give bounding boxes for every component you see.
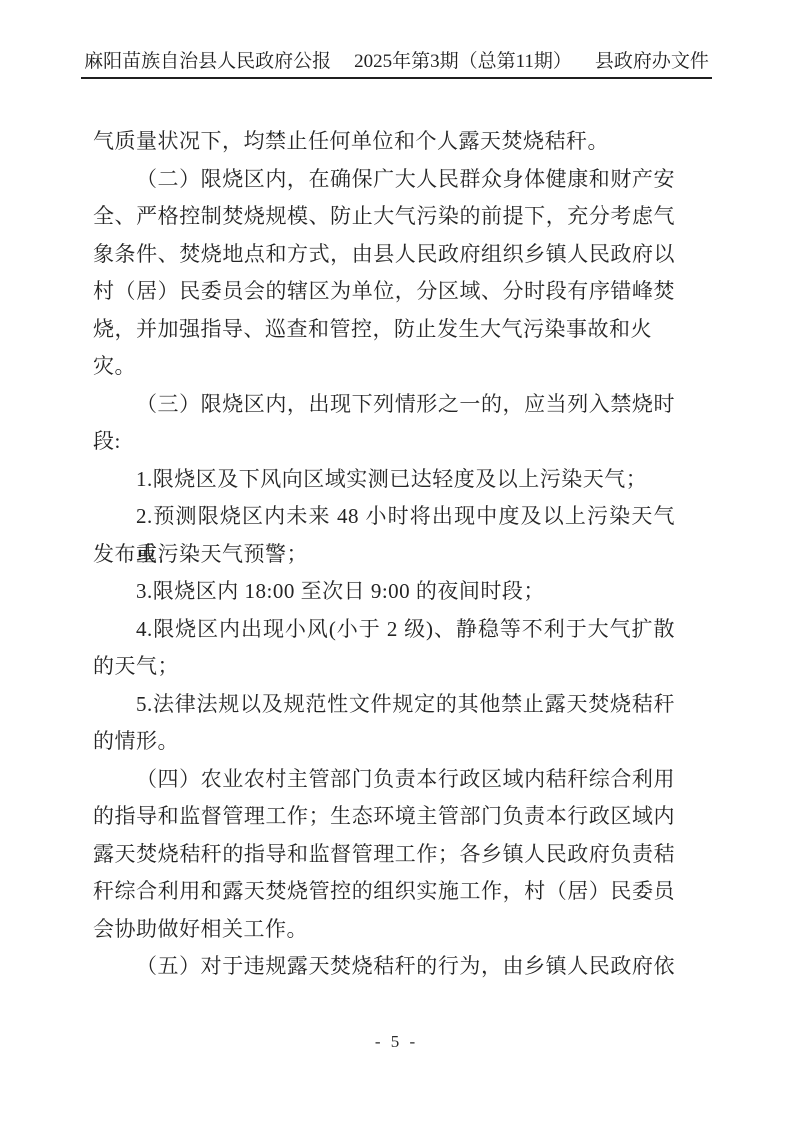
gazette-page: 麻阳苗族自治县人民政府公报 2025年第3期（总第11期） 县政府办文件 气质量… xyxy=(0,0,793,1122)
text-line: 4.限烧区内出现小风(小于 2 级)、静稳等不利于大气扩散 xyxy=(93,611,675,649)
gazette-title: 麻阳苗族自治县人民政府公报 xyxy=(84,50,331,74)
text-line: （三）限烧区内，出现下列情形之一的，应当列入禁烧时 xyxy=(93,386,675,424)
text-line: 露天焚烧秸秆的指导和监督管理工作；各乡镇人民政府负责秸 xyxy=(93,836,675,874)
text-line: 5.法律法规以及规范性文件规定的其他禁止露天焚烧秸秆 xyxy=(93,686,675,724)
document-body: 气质量状况下，均禁止任何单位和个人露天焚烧秸秆。（二）限烧区内，在确保广大人民群… xyxy=(93,123,675,986)
text-line: 的天气； xyxy=(93,648,675,686)
text-line: 3.限烧区内 18:00 至次日 9:00 的夜间时段； xyxy=(93,573,675,611)
page-number: - 5 - xyxy=(375,1032,418,1051)
text-line: 的情形。 xyxy=(93,723,675,761)
text-line: 灾。 xyxy=(93,348,675,386)
doc-category: 县政府办文件 xyxy=(595,50,709,74)
text-line: 段: xyxy=(93,423,675,461)
text-line: 村（居）民委员会的辖区为单位，分区域、分时段有序错峰焚 xyxy=(93,273,675,311)
page-header: 麻阳苗族自治县人民政府公报 2025年第3期（总第11期） 县政府办文件 xyxy=(0,50,793,79)
text-line: （二）限烧区内，在确保广大人民群众身体健康和财产安 xyxy=(93,161,675,199)
header-running-title: 麻阳苗族自治县人民政府公报 2025年第3期（总第11期） 县政府办文件 xyxy=(81,50,712,79)
issue-info: 2025年第3期（总第11期） xyxy=(354,50,572,74)
text-line: 发布重污染天气预警； xyxy=(93,536,675,574)
text-line: 会协助做好相关工作。 xyxy=(93,911,675,949)
text-line: 1.限烧区及下风向区域实测已达轻度及以上污染天气； xyxy=(93,461,675,499)
text-line: 秆综合利用和露天焚烧管控的组织实施工作，村（居）民委员 xyxy=(93,873,675,911)
text-line: 气质量状况下，均禁止任何单位和个人露天焚烧秸秆。 xyxy=(93,123,675,161)
text-line: 的指导和监督管理工作；生态环境主管部门负责本行政区域内 xyxy=(93,798,675,836)
text-line: 烧，并加强指导、巡查和管控，防止发生大气污染事故和火 xyxy=(93,311,675,349)
text-line: 全、严格控制焚烧规模、防止大气污染的前提下，充分考虑气 xyxy=(93,198,675,236)
text-line: 2.预测限烧区内未来 48 小时将出现中度及以上污染天气或 xyxy=(93,498,675,536)
page-footer: - 5 - xyxy=(0,1032,793,1052)
text-line: 象条件、焚烧地点和方式，由县人民政府组织乡镇人民政府以 xyxy=(93,236,675,274)
text-line: （五）对于违规露天焚烧秸秆的行为，由乡镇人民政府依 xyxy=(93,948,675,986)
text-line: （四）农业农村主管部门负责本行政区域内秸秆综合利用 xyxy=(93,761,675,799)
